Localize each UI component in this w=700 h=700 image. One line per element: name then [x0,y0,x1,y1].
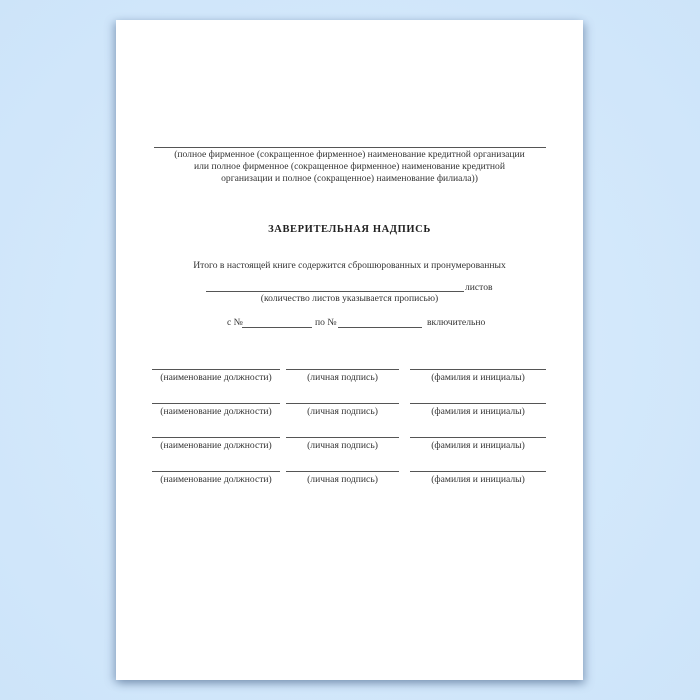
sheets-suffix: листов [465,282,493,293]
signature-field[interactable] [286,471,399,472]
name-caption: (фамилия и инициалы) [410,440,546,451]
document-page: (полное фирменное (сокращенное фирменное… [116,20,583,680]
position-caption: (наименование должности) [152,474,280,485]
org-caption-line-3: организации и полное (сокращенное) наиме… [116,173,583,185]
name-caption: (фамилия и инициалы) [410,474,546,485]
signature-field[interactable] [286,369,399,370]
range-from-field[interactable] [242,327,312,328]
position-field[interactable] [152,471,280,472]
signature-caption: (личная подпись) [286,440,399,451]
sheets-caption: (количество листов указывается прописью) [116,293,583,305]
position-field[interactable] [152,437,280,438]
position-caption: (наименование должности) [152,372,280,383]
name-caption: (фамилия и инициалы) [410,372,546,383]
org-caption-line-2: или полное фирменное (сокращенное фирмен… [116,161,583,173]
signature-caption: (личная подпись) [286,406,399,417]
signature-field[interactable] [286,437,399,438]
sheets-count-line[interactable] [206,291,464,292]
name-field[interactable] [410,437,546,438]
document-title: ЗАВЕРИТЕЛЬНАЯ НАДПИСЬ [116,224,583,235]
range-to-field[interactable] [338,327,422,328]
position-caption: (наименование должности) [152,440,280,451]
signature-caption: (личная подпись) [286,372,399,383]
range-from-label: с № [227,317,243,328]
org-name-line[interactable] [154,147,546,148]
name-caption: (фамилия и инициалы) [410,406,546,417]
total-statement: Итого в настоящей книге содержится сброш… [116,260,583,272]
name-field[interactable] [410,403,546,404]
position-caption: (наименование должности) [152,406,280,417]
name-field[interactable] [410,471,546,472]
name-field[interactable] [410,369,546,370]
signature-caption: (личная подпись) [286,474,399,485]
range-to-label: по № [315,317,336,328]
position-field[interactable] [152,369,280,370]
org-caption-line-1: (полное фирменное (сокращенное фирменное… [116,149,583,161]
position-field[interactable] [152,403,280,404]
signature-field[interactable] [286,403,399,404]
range-inclusive-label: включительно [427,317,485,328]
